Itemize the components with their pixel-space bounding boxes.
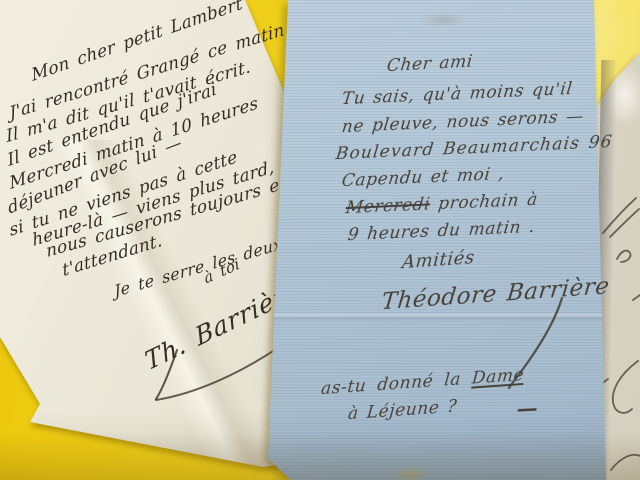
struck-word: Mercredi — [345, 194, 432, 218]
postscript-dash: — — [516, 395, 539, 421]
right-letter-sheet — [0, 0, 640, 480]
ps-underlined-word: Dame — [471, 365, 525, 389]
photo-of-letters: Mon cher petit Lambert J'ai rencontré Gr… — [0, 0, 640, 480]
right-letter-paper — [0, 0, 640, 480]
